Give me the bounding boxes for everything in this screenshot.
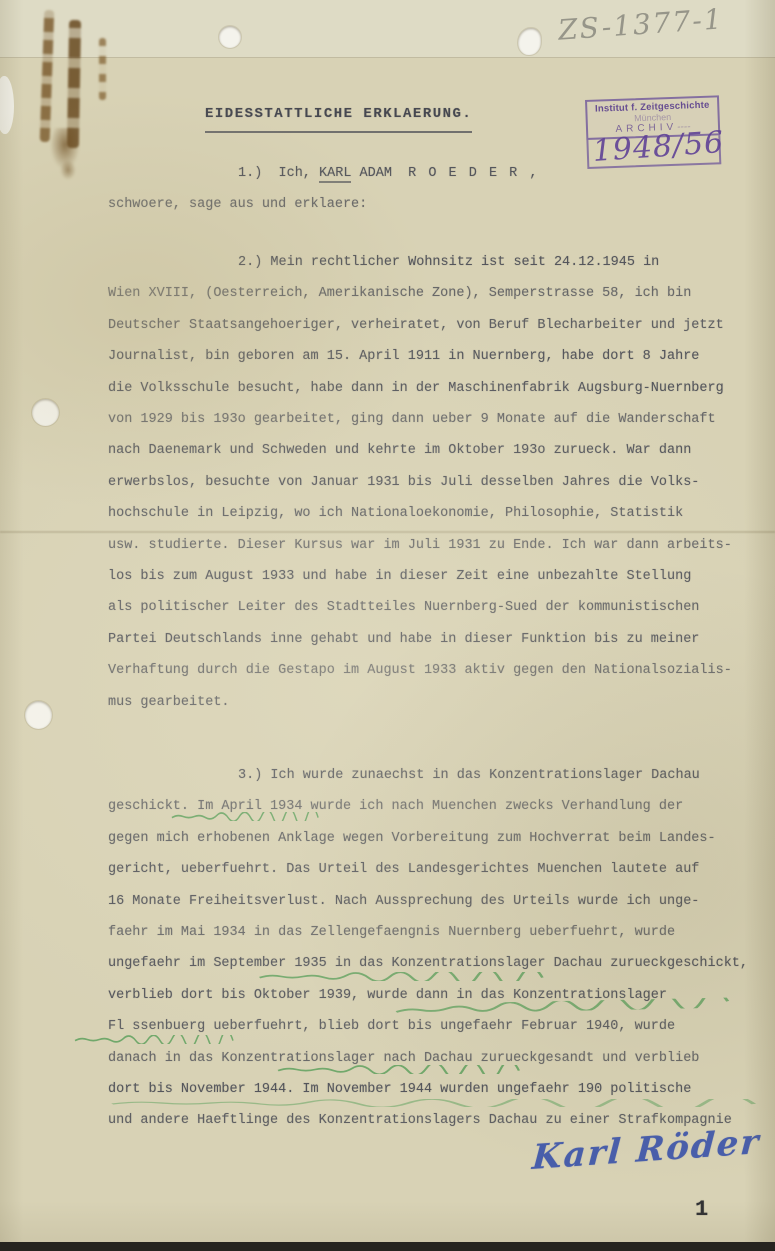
rust-stain (60, 160, 76, 180)
scan-bottom-edge (0, 1242, 775, 1251)
typed-line: Partei Deutschlands inne gehabt und habe… (108, 624, 760, 655)
typed-line: 16 Monate Freiheitsverlust. Nach Ausspre… (108, 886, 760, 917)
typed-line: erwerbslos, besuchte von Januar 1931 bis… (108, 467, 760, 498)
typed-line: als politischer Leiter des Stadtteiles N… (108, 592, 760, 623)
typed-line: die Volksschule besucht, habe dann in de… (108, 373, 760, 404)
torn-edge-patch (0, 76, 14, 134)
typed-line: verblieb dort bis Oktober 1939, wurde da… (108, 980, 760, 1011)
typed-line: gericht, ueberfuehrt. Das Urteil des Lan… (108, 854, 760, 885)
rust-stain (50, 128, 80, 170)
intro-line-name: 1.) Ich, KARL ADAM R O E D E R , (108, 158, 760, 189)
typed-line: 2.) Mein rechtlicher Wohnsitz ist seit 2… (108, 247, 760, 278)
declarant-last-name: R O E D E R , (408, 166, 539, 181)
declarant-middle-name: ADAM (351, 166, 408, 181)
punch-hole (25, 701, 52, 729)
affidavit-paragraph-2: 2.) Mein rechtlicher Wohnsitz ist seit 2… (108, 247, 760, 718)
typed-line: nach Daenemark und Schweden und kehrte i… (108, 435, 760, 466)
typed-line: los bis zum August 1933 und habe in dies… (108, 561, 760, 592)
scanned-document-page: ZS-1377-1 Institut f. Zeitgeschichte Mün… (0, 0, 775, 1251)
typed-line: 3.) Ich wurde zunaechst in das Konzentra… (108, 760, 760, 791)
affidavit-intro: 1.) Ich, KARL ADAM R O E D E R , schwoer… (108, 158, 760, 221)
typed-line: Wien XVIII, (Oesterreich, Amerikanische … (108, 278, 760, 309)
affidavit-paragraph-3: 3.) Ich wurde zunaechst in das Konzentra… (108, 760, 760, 1137)
intro-prefix: 1.) Ich, (238, 166, 319, 181)
typed-line: ungefaehr im September 1935 in das Konze… (108, 948, 760, 979)
typed-line: Verhaftung durch die Gestapo im August 1… (108, 655, 760, 686)
typed-line: gegen mich erhobenen Anklage wegen Vorbe… (108, 823, 760, 854)
typed-line: danach in das Konzentrationslager nach D… (108, 1043, 760, 1074)
declarant-first-name: KARL (319, 166, 351, 183)
page-number: 1 (695, 1194, 708, 1225)
typed-line: Journalist, bin geboren am 15. April 191… (108, 341, 760, 372)
typed-line: Deutscher Staatsangehoeriger, verheirate… (108, 310, 760, 341)
typed-line: dort bis November 1944. Im November 1944… (108, 1074, 760, 1105)
typed-line: faehr im Mai 1934 in das Zellengefaengni… (108, 917, 760, 948)
typed-line: von 1929 bis 193o gearbeitet, ging dann … (108, 404, 760, 435)
punch-hole (518, 28, 541, 55)
typed-line: hochschule in Leipzig, wo ich Nationaloe… (108, 498, 760, 529)
document-title: EIDESSTATTLICHE ERKLAERUNG. (205, 99, 472, 133)
typed-line: Fl ssenbuerg ueberfuehrt, blieb dort bis… (108, 1011, 760, 1042)
typed-line: usw. studierte. Dieser Kursus war im Jul… (108, 530, 760, 561)
typed-line: geschickt. Im April 1934 wurde ich nach … (108, 791, 760, 822)
typed-line: mus gearbeitet. (108, 687, 760, 718)
punch-hole (32, 399, 59, 426)
punch-hole (219, 26, 241, 48)
intro-line-oath: schwoere, sage aus und erklaere: (108, 189, 760, 220)
